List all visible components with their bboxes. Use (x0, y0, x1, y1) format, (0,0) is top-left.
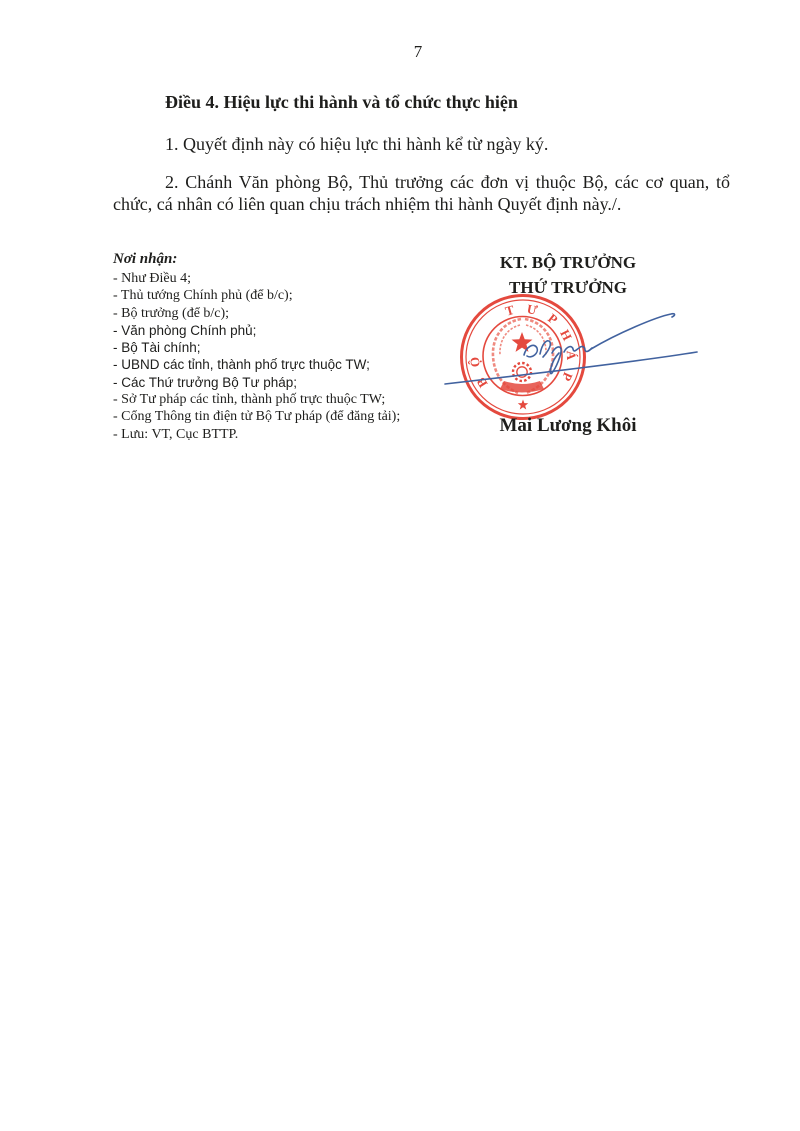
seal-bottom-star-icon (518, 400, 528, 410)
signature-stroke (540, 341, 550, 357)
paragraph-1: 1. Quyết định này có hiệu lực thi hành k… (113, 134, 730, 155)
recipient-item: - Bộ Tài chính; (113, 339, 453, 356)
recipient-item: - Văn phòng Chính phủ; (113, 322, 453, 339)
page-number: 7 (113, 42, 723, 62)
signature-stroke (550, 347, 561, 374)
document-page: 7 Điều 4. Hiệu lực thi hành và tổ chức t… (0, 0, 800, 1131)
signature-underline-stroke (445, 352, 697, 384)
handwritten-signature (428, 298, 713, 398)
article-heading: Điều 4. Hiệu lực thi hành và tổ chức thự… (113, 92, 730, 113)
recipient-item: - Cổng Thông tin điện tử Bộ Tư pháp (để … (113, 408, 453, 425)
recipient-item: - Sở Tư pháp các tỉnh, thành phố trực th… (113, 391, 453, 408)
recipient-item: - Lưu: VT, Cục BTTP. (113, 426, 453, 443)
recipient-item: - Như Điều 4; (113, 270, 453, 287)
paragraph-2-line-2: chức, cá nhân có liên quan chịu trách nh… (113, 193, 730, 215)
signer-name: Mai Lương Khôi (438, 415, 698, 437)
recipient-item: - Các Thứ trưởng Bộ Tư pháp; (113, 374, 453, 391)
authority-title-line-1: KT. BỘ TRƯỞNG (438, 250, 698, 275)
recipient-item: - Thủ tướng Chính phủ (để b/c); (113, 287, 453, 304)
recipient-item: - Bộ trưởng (để b/c); (113, 305, 453, 322)
signature-stroke (524, 345, 537, 356)
recipients-title: Nơi nhận: (113, 251, 453, 268)
recipient-item: - UBND các tỉnh, thành phố trực thuộc TW… (113, 356, 453, 373)
paragraph-2-line-1: 2. Chánh Văn phòng Bộ, Thủ trưởng các đơ… (113, 171, 730, 193)
signature-stroke (564, 347, 592, 352)
recipients-block: Nơi nhận: - Như Điều 4; - Thủ tướng Chín… (113, 251, 453, 443)
signature-flourish-stroke (591, 314, 675, 349)
paragraph-2: 2. Chánh Văn phòng Bộ, Thủ trưởng các đơ… (113, 171, 730, 215)
